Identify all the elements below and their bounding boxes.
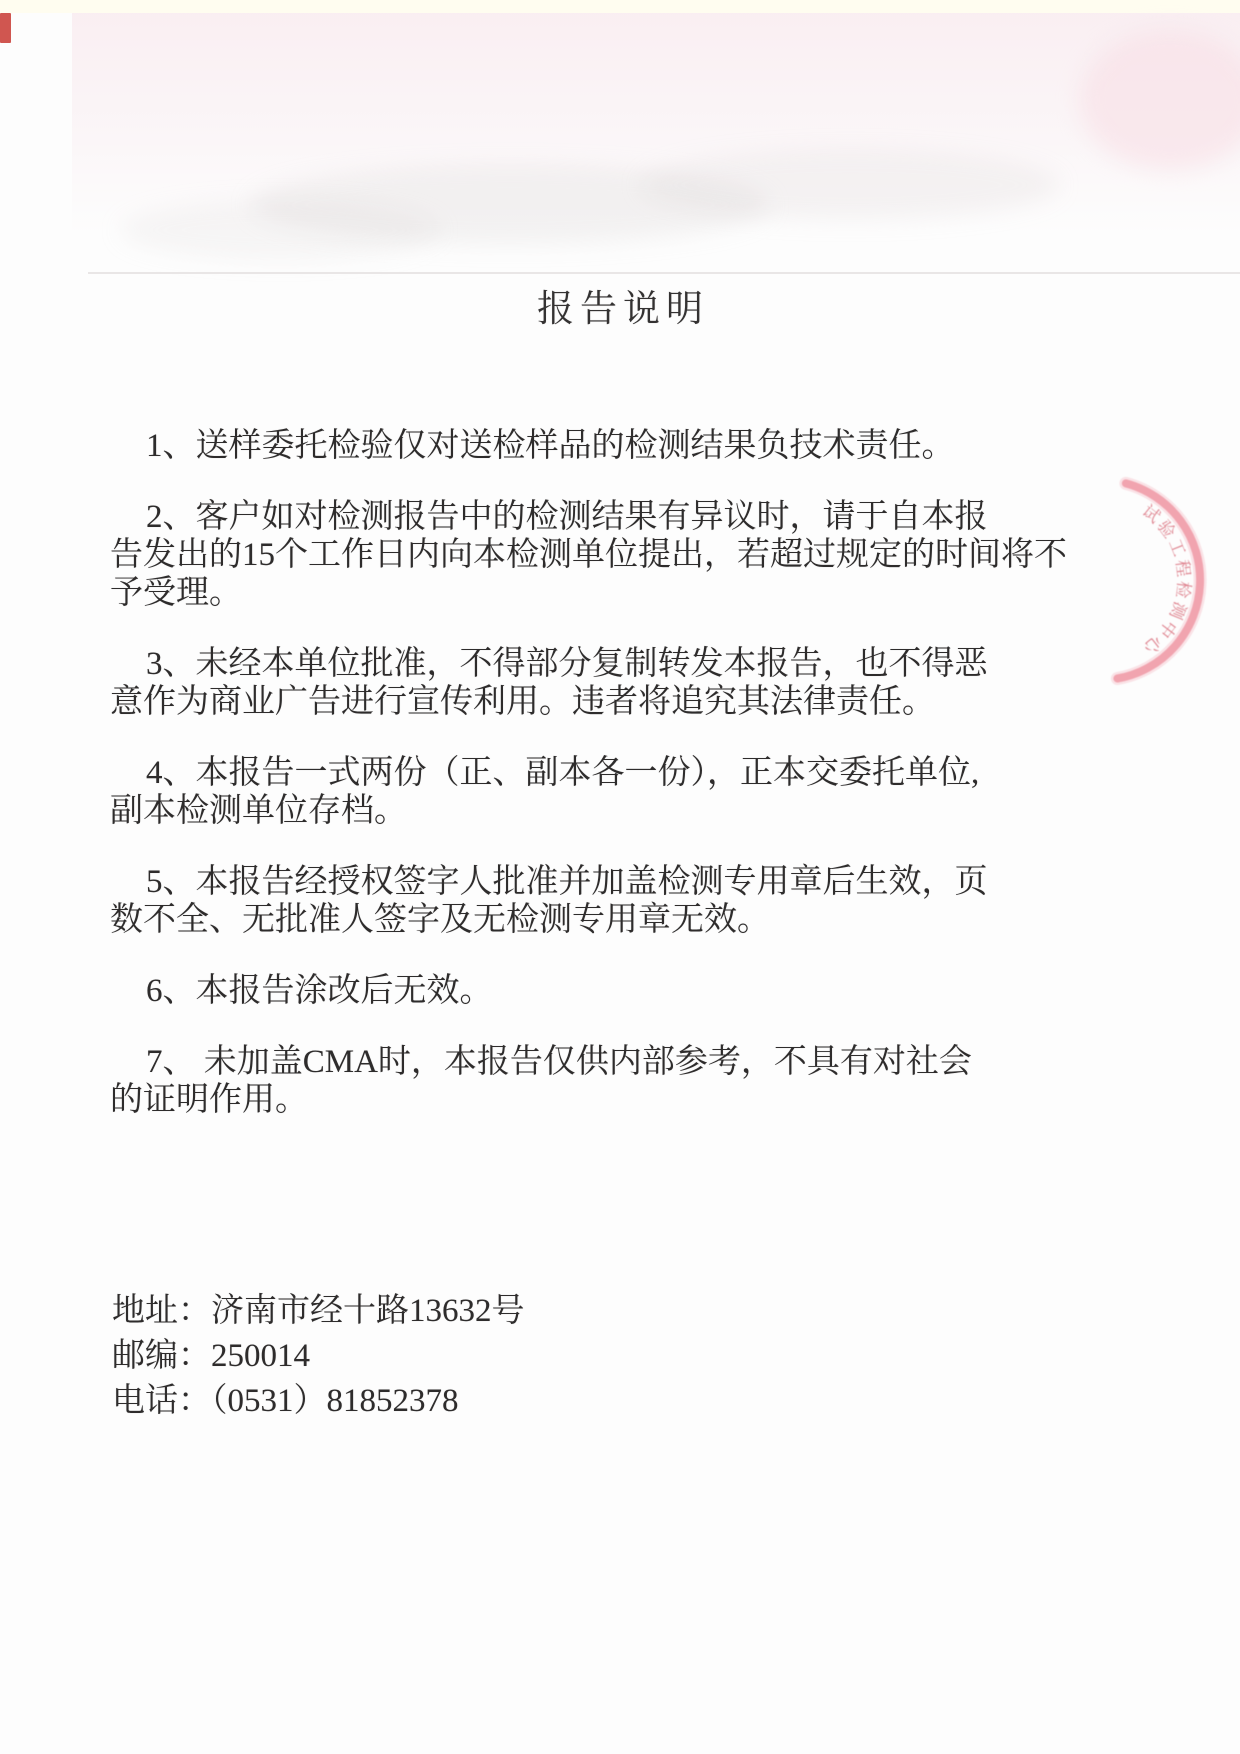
- note-line: 的证明作用。: [110, 1081, 1100, 1119]
- report-notes: 1、送样委托检验仅对送检样品的检测结果负技术责任。 2、客户如对检测报告中的检测…: [110, 427, 1100, 1152]
- note-line: 予受理。: [110, 574, 1100, 612]
- phone-line: 电话：（0531）81852378: [112, 1379, 525, 1424]
- scanned-report-page: 报告说明 1、送样委托检验仅对送检样品的检测结果负技术责任。 2、客户如对检测报…: [0, 0, 1240, 1754]
- scan-mottle: [640, 150, 1060, 220]
- red-ink-mark: [0, 13, 11, 43]
- page-title: 报告说明: [0, 278, 1240, 332]
- postcode-line: 邮编：250014: [112, 1334, 525, 1379]
- note-line: 数不全、无批准人签字及无检测专用章无效。: [110, 901, 1100, 939]
- red-stamp-partial: 试验工程检测中心: [1040, 430, 1240, 730]
- address-line: 地址：济南市经十路13632号: [112, 1289, 525, 1334]
- note-line: 意作为商业广告进行宣传利用。违者将追究其法律责任。: [110, 683, 1100, 721]
- note-line: 3、未经本单位批准，不得部分复制转发本报告，也不得恶: [110, 645, 1100, 683]
- note-line: 副本检测单位存档。: [110, 792, 1100, 830]
- note-line: 2、客户如对检测报告中的检测结果有异议时，请于自本报: [110, 498, 1100, 536]
- note-line: 告发出的15个工作日内向本检测单位提出，若超过规定的时间将不: [110, 536, 1100, 574]
- scan-mottle: [120, 200, 440, 260]
- note-line: 7、 未加盖CMA时，本报告仅供内部参考，不具有对社会: [110, 1043, 1100, 1081]
- scanner-edge-band: [0, 0, 1240, 13]
- page-fold-line: [88, 272, 1240, 274]
- note-line: 6、本报告涂改后无效。: [110, 972, 1100, 1010]
- note-line: 5、本报告经授权签字人批准并加盖检测专用章后生效，页: [110, 863, 1100, 901]
- note-line: 4、本报告一式两份（正、副本各一份），正本交委托单位,: [110, 754, 1100, 792]
- note-line: 1、送样委托检验仅对送检样品的检测结果负技术责任。: [110, 427, 1100, 465]
- contact-block: 地址：济南市经十路13632号 邮编：250014 电话：（0531）81852…: [112, 1289, 525, 1424]
